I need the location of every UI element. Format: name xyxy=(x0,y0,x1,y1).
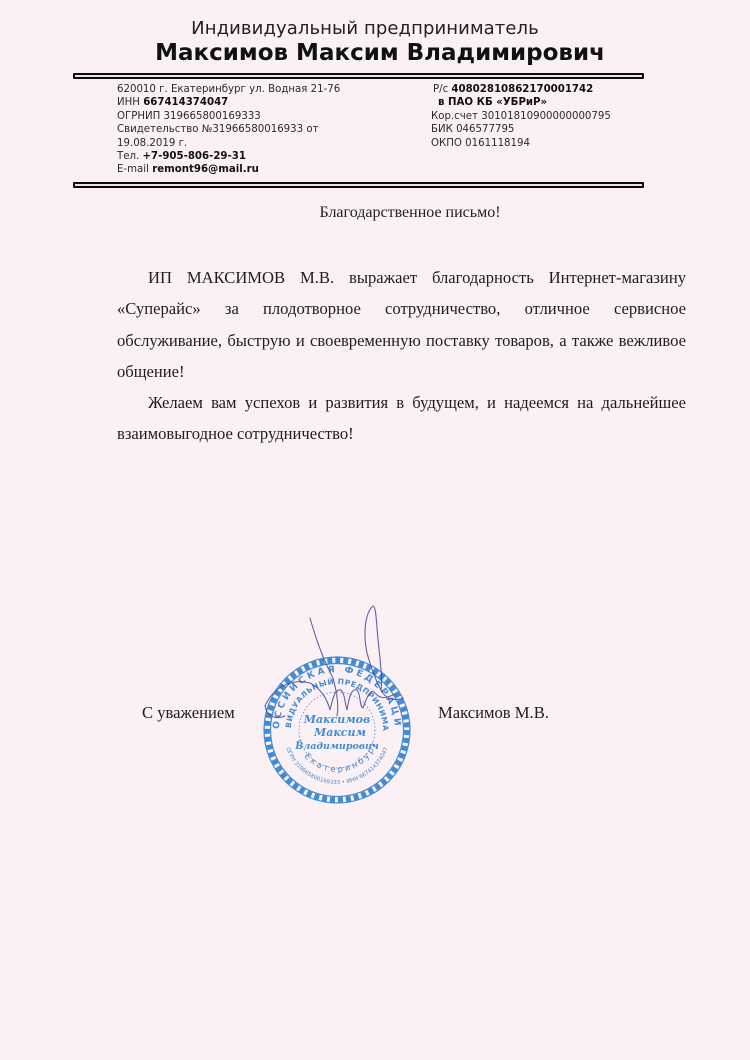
paragraph-gratitude: ИП МАКСИМОВ М.В. выражает благодарность … xyxy=(117,262,686,387)
certificate-line-2: 19.08.2019 г. xyxy=(117,137,377,150)
bank-value: в ПАО КБ «УБРиР» xyxy=(438,97,547,108)
phone-value: +7-905-806-29-31 xyxy=(142,151,245,162)
signer-name: Максимов М.В. xyxy=(438,703,549,723)
email-value: remont96@mail.ru xyxy=(152,164,259,175)
stamp-center-line-3: Владимирович xyxy=(294,741,379,752)
requisites-right: Р/с 40802810862170001742 в ПАО КБ «УБРиР… xyxy=(433,83,653,150)
account-value: 40802810862170001742 xyxy=(451,84,593,95)
email-label: E-mail xyxy=(117,164,152,175)
okpo: ОКПО 0161118194 xyxy=(431,137,653,150)
bank-name: в ПАО КБ «УБРиР» xyxy=(433,96,653,109)
bik: БИК 046577795 xyxy=(431,123,653,136)
correspondent-account: Кор.счет 30101810900000000795 xyxy=(431,110,653,123)
account-label: Р/с xyxy=(433,84,451,95)
phone: Тел. +7-905-806-29-31 xyxy=(117,150,377,163)
header-divider-top xyxy=(73,73,644,79)
header-subtitle: Индивидуальный предприниматель xyxy=(0,18,730,39)
header-divider-bottom xyxy=(73,182,644,188)
paragraph-wishes: Желаем вам успехов и развития в будущем,… xyxy=(117,387,686,450)
inn: ИНН 667414374047 xyxy=(117,96,377,109)
address: 620010 г. Екатеринбург ул. Водная 21-76 xyxy=(117,83,377,96)
inn-value: 667414374047 xyxy=(143,97,228,108)
requisites-left: 620010 г. Екатеринбург ул. Водная 21-76 … xyxy=(117,83,377,177)
letter-page: Индивидуальный предприниматель Максимов … xyxy=(0,0,750,1060)
certificate-line-1: Свидетельство №31966580016933 от xyxy=(117,123,377,136)
settlement-account: Р/с 40802810862170001742 xyxy=(433,83,653,96)
letter-title: Благодарственное письмо! xyxy=(0,204,750,222)
phone-label: Тел. xyxy=(117,151,142,162)
letter-body: ИП МАКСИМОВ М.В. выражает благодарность … xyxy=(117,262,686,450)
email: E-mail remont96@mail.ru xyxy=(117,163,377,176)
ogrnip: ОГРНИП 319665800169333 xyxy=(117,110,377,123)
closing-phrase: С уважением xyxy=(142,703,235,723)
handwritten-signature xyxy=(255,598,425,738)
header-entrepreneur-name: Максимов Максим Владимирович xyxy=(0,40,750,66)
inn-label: ИНН xyxy=(117,97,143,108)
